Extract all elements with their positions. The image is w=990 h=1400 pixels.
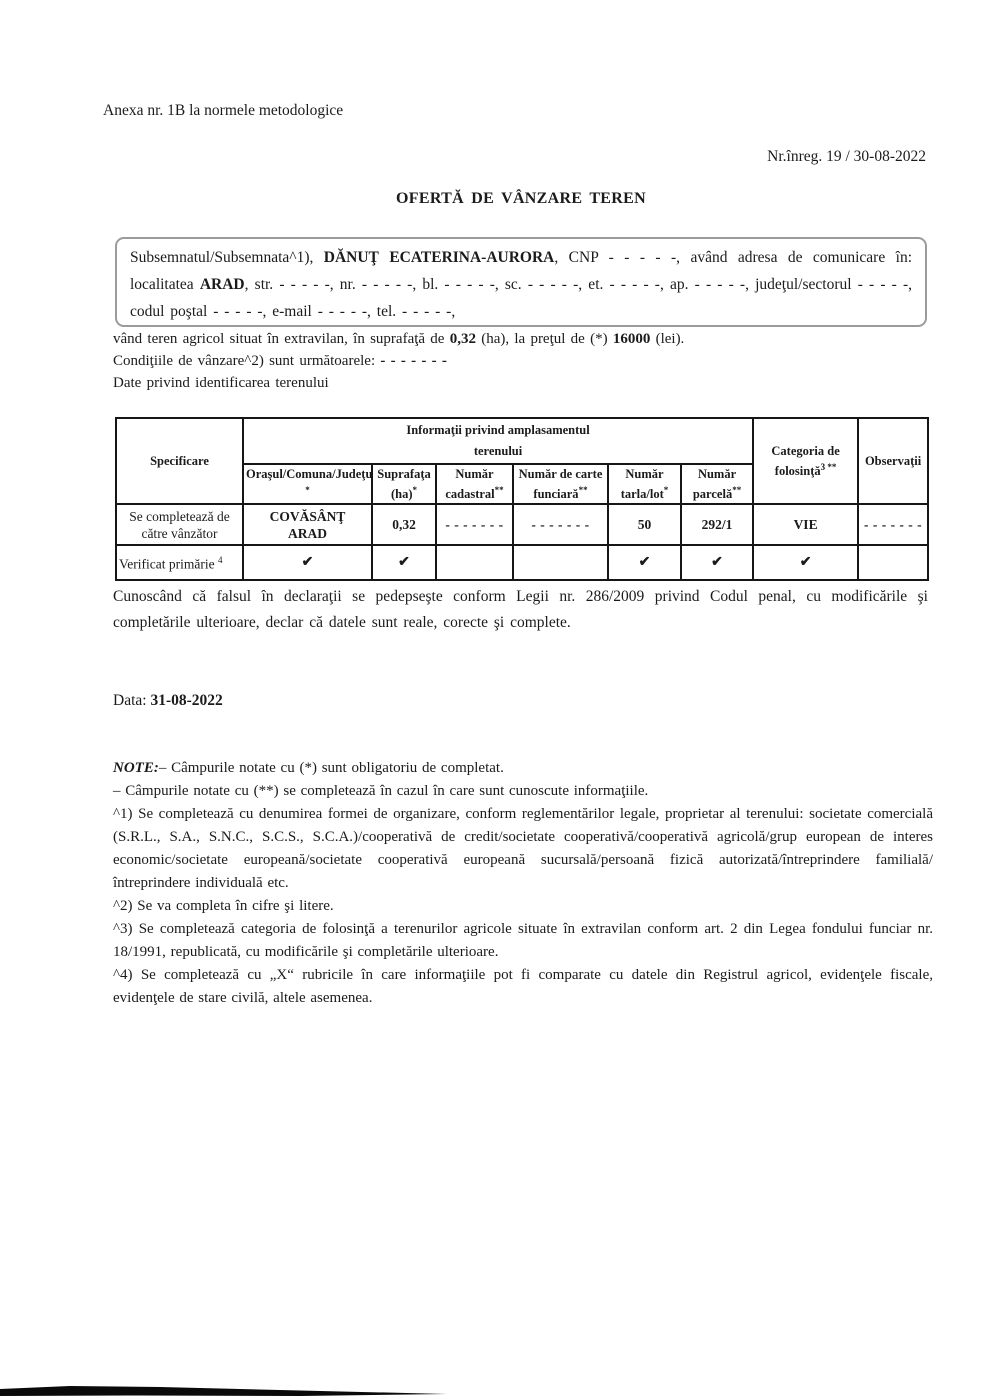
- checkmark-icon: ✔: [753, 545, 858, 580]
- note-line: ^1) Se completează cu denumirea formei d…: [113, 803, 933, 895]
- header-mark: *: [413, 485, 418, 495]
- land-id-heading: Date privind identificarea terenului: [113, 372, 931, 394]
- header-line2: tarla/lot: [621, 487, 664, 501]
- conditions-label: Condiţiile de vânzare^2) sunt următoarel…: [113, 353, 380, 369]
- notes-title: NOTE:: [113, 760, 159, 776]
- sale-details-block: vând teren agricol situat în extravilan,…: [113, 328, 931, 394]
- header-mark: *: [305, 485, 310, 495]
- column-header-carte-funciara: Număr de cartefunciară**: [513, 464, 608, 504]
- column-header-parcela: Numărparcelă**: [681, 464, 753, 504]
- header-mark: **: [579, 485, 588, 495]
- column-header-cadastral: Numărcadastral**: [436, 464, 513, 504]
- anexa-label: Anexa nr. 1B la normele metodologice: [103, 102, 343, 120]
- document-page: Anexa nr. 1B la normele metodologice Nr.…: [0, 0, 990, 1400]
- conditions-dashes: - - - - - - -: [380, 353, 446, 369]
- note-line: NOTE:– Câmpurile notate cu (*) sunt obli…: [113, 757, 933, 780]
- notes-section: NOTE:– Câmpurile notate cu (*) sunt obli…: [113, 757, 933, 1010]
- checkmark-icon: ✔: [243, 545, 372, 580]
- column-header-observatii: Observaţii: [858, 418, 928, 504]
- sale-text: (ha), la preţul de (*): [476, 331, 613, 347]
- cell-categoria: VIE: [753, 504, 858, 545]
- cell-localitate: COVĂSÂNŢ ARAD: [243, 504, 372, 545]
- header-line2: funciară: [533, 487, 578, 501]
- registration-number: Nr.înreg. 19 / 30-08-2022: [767, 148, 926, 166]
- date-label: Data:: [113, 692, 150, 709]
- header-line1: Număr: [455, 467, 493, 481]
- header-line1: Număr: [625, 467, 663, 481]
- verificat-sup: 4: [218, 555, 223, 565]
- land-area-value: 0,32: [450, 331, 476, 347]
- note-text: – Câmpurile notate cu (*) sunt obligator…: [159, 760, 504, 776]
- sale-text: (lei).: [650, 331, 684, 347]
- header-line2: cadastral: [445, 487, 494, 501]
- checkmark-icon: ✔: [608, 545, 681, 580]
- legal-declaration: Cunoscând că falsul în declaraţii se ped…: [113, 584, 928, 636]
- cell-suprafata: 0,32: [372, 504, 436, 545]
- verification-row: Verificat primărie 4 ✔ ✔ ✔ ✔ ✔: [116, 545, 928, 580]
- checkmark-icon: ✔: [681, 545, 753, 580]
- date-value: 31-08-2022: [150, 692, 222, 709]
- seller-name: DĂNUŢ ECATERINA-AURORA: [324, 249, 555, 266]
- categoria-line1: Categoria de: [771, 444, 839, 458]
- empty-cell: [436, 545, 513, 580]
- column-header-suprafata: Suprafaţa(ha)*: [372, 464, 436, 504]
- land-price-value: 16000: [613, 331, 651, 347]
- row-label-vanzator: Se completează de către vânzător: [116, 504, 243, 545]
- header-line2: (ha): [391, 487, 413, 501]
- land-identification-table: Specificare Informaţii privind amplasame…: [115, 417, 929, 581]
- header-line1: Număr: [698, 467, 736, 481]
- column-header-specificare: Specificare: [116, 418, 243, 504]
- intro-after-city: , str. - - - - -, nr. - - - - -, bl. - -…: [130, 276, 912, 320]
- header-mark: **: [495, 485, 504, 495]
- group-header-line2: terenului: [246, 441, 750, 462]
- date-line: Data: 31-08-2022: [113, 692, 223, 710]
- conditions-line: Condiţiile de vânzare^2) sunt următoarel…: [113, 350, 931, 372]
- header-line1: Număr de carte: [519, 467, 603, 481]
- note-line: – Câmpurile notate cu (**) se completeaz…: [113, 780, 933, 803]
- sale-terms-line: vând teren agricol situat în extravilan,…: [113, 328, 931, 350]
- empty-cell: [858, 545, 928, 580]
- header-mark: *: [664, 485, 669, 495]
- group-header-line1: Informaţii privind amplasamentul: [246, 420, 750, 441]
- column-header-oras: Oraşul/Comuna/Judeţul*: [243, 464, 372, 504]
- categoria-mark: 3 **: [821, 462, 837, 472]
- cell-observatii: - - - - - - -: [858, 504, 928, 545]
- row-label-verificat: Verificat primărie 4: [116, 545, 243, 580]
- cell-parcela: 292/1: [681, 504, 753, 545]
- categoria-line2: folosinţă: [775, 464, 821, 478]
- intro-lead: Subsemnatul/Subsemnata^1),: [130, 249, 324, 266]
- note-line: ^3) Se completează categoria de folosinţ…: [113, 918, 933, 964]
- cell-cadastral: - - - - - - -: [436, 504, 513, 545]
- header-line1: Suprafaţa: [377, 467, 430, 481]
- note-line: ^2) Se va completa în cifre şi litere.: [113, 895, 933, 918]
- empty-cell: [513, 545, 608, 580]
- document-title: OFERTĂ DE VÂNZARE TEREN: [115, 190, 927, 208]
- column-header-tarla: Numărtarla/lot*: [608, 464, 681, 504]
- column-group-header-amplasament: Informaţii privind amplasamentul terenul…: [243, 418, 753, 464]
- verificat-label: Verificat primărie: [119, 557, 215, 572]
- header-mark: **: [732, 485, 741, 495]
- seller-data-row: Se completează de către vânzător COVĂSÂN…: [116, 504, 928, 545]
- checkmark-icon: ✔: [372, 545, 436, 580]
- cell-tarla: 50: [608, 504, 681, 545]
- seller-city: ARAD: [200, 276, 245, 293]
- sale-text: vând teren agricol situat în extravilan,…: [113, 331, 450, 347]
- scan-artifact-streak: [0, 1383, 460, 1400]
- cell-carte-funciara: - - - - - - -: [513, 504, 608, 545]
- column-header-categoria: Categoria defolosinţă3 **: [753, 418, 858, 504]
- header-line2: parcelă: [693, 487, 732, 501]
- header-line1: Oraşul/Comuna/Judeţul: [246, 467, 372, 481]
- applicant-info-box: Subsemnatul/Subsemnata^1), DĂNUŢ ECATERI…: [115, 237, 927, 327]
- note-line: ^4) Se completează cu „X“ rubricile în c…: [113, 964, 933, 1010]
